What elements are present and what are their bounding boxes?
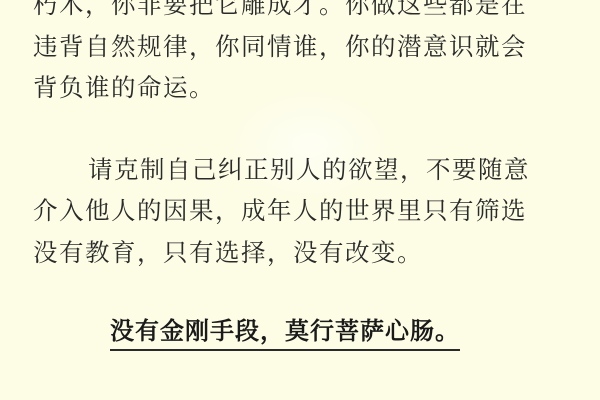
paragraph-line: 朽木，你非要把它雕成才。你做这些都是在 [33,0,533,26]
paragraph-2: 请克制自己纠正别人的欲望，不要随意 介入他人的因果，成年人的世界里只有筛选 没有… [33,149,533,274]
article-body: 朽木，你非要把它雕成才。你做这些都是在 违背自然规律，你同情谁，你的潜意识就会 … [33,0,533,273]
paragraph-line: 背负谁的命运。 [33,67,533,109]
emphasis-quote: 没有金刚手段，莫行菩萨心肠。 [110,314,460,351]
paragraph-line: 请克制自己纠正别人的欲望，不要随意 [33,149,533,191]
paragraph-line: 违背自然规律，你同情谁，你的潜意识就会 [33,26,533,68]
paragraph-line: 没有教育，只有选择，没有改变。 [33,232,533,274]
emphasis-container: 没有金刚手段，莫行菩萨心肠。 [0,314,600,351]
paragraph-1: 朽木，你非要把它雕成才。你做这些都是在 违背自然规律，你同情谁，你的潜意识就会 … [33,0,533,109]
paragraph-line: 介入他人的因果，成年人的世界里只有筛选 [33,190,533,232]
paragraph-spacer [33,109,533,149]
